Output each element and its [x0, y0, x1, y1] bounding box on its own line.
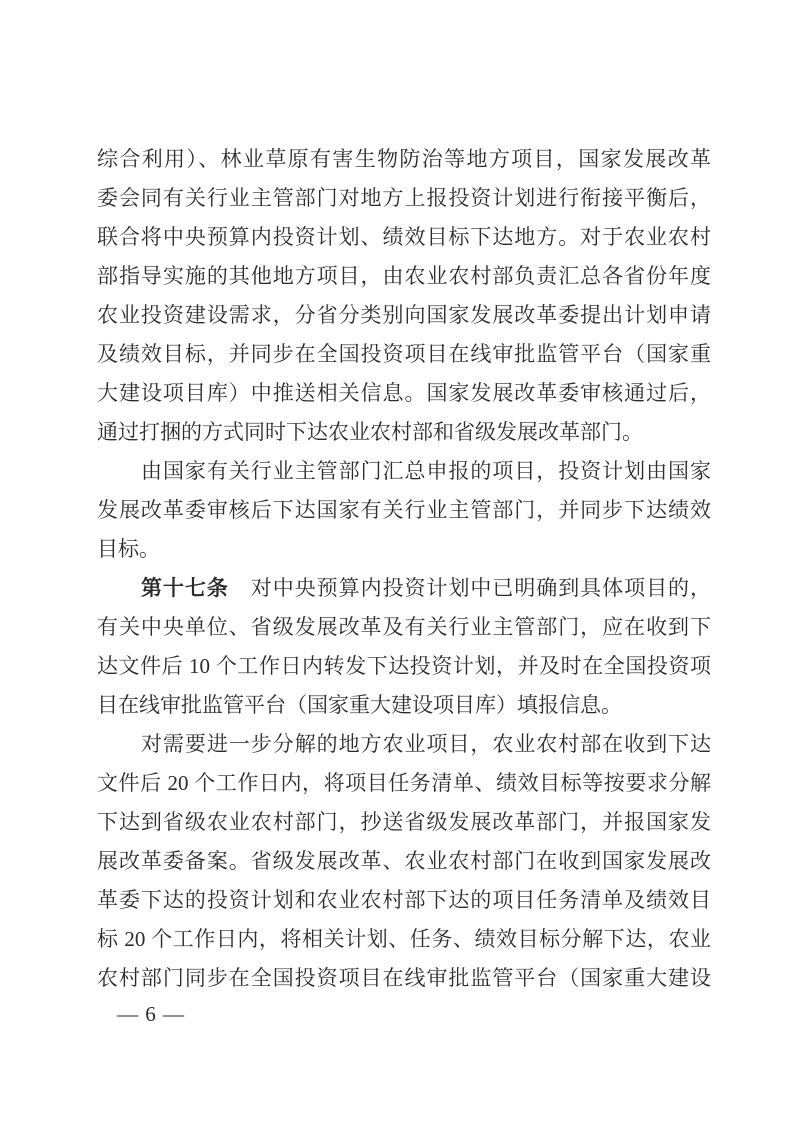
text-run: 由国家有关行业主管部门汇总申报的项目，投资计划由国家: [141, 459, 711, 483]
text-line: 展改革委备案。省级发展改革、农业农村部门在收到国家发展改: [97, 842, 711, 881]
text-run: 对中央预算内投资计划中已明确到具体项目的，: [229, 576, 711, 600]
text-line: 大建设项目库）中推送相关信息。国家发展改革委审核通过后，: [97, 374, 711, 413]
text-run: 农业投资建设需求，分省分类别向国家发展改革委提出计划申请: [97, 303, 711, 327]
text-run: 大建设项目库）中推送相关信息。国家发展改革委审核通过后，: [97, 381, 711, 405]
text-run: 目在线审批监管平台（国家重大建设项目库）填报信息。: [97, 693, 622, 717]
text-run: 下达到省级农业农村部门，抄送省级发展改革部门，并报国家发: [97, 810, 711, 834]
text-line: 文件后 20 个工作日内，将项目任务清单、绩效目标等按要求分解: [97, 764, 711, 803]
text-run: 标 20 个工作日内，将相关计划、任务、绩效目标分解下达，农业: [97, 927, 711, 951]
text-line: 联合将中央预算内投资计划、绩效目标下达地方。对于农业农村: [97, 218, 711, 257]
text-run: 发展改革委审核后下达国家有关行业主管部门，并同步下达绩效: [97, 498, 711, 522]
text-run: 部指导实施的其他地方项目，由农业农村部负责汇总各省份年度: [97, 264, 711, 288]
text-line: 第十七条 对中央预算内投资计划中已明确到具体项目的，: [97, 569, 711, 608]
text-block: 综合利用）、林业草原有害生物防治等地方项目，国家发展改革委会同有关行业主管部门对…: [97, 140, 711, 998]
text-line: 发展改革委审核后下达国家有关行业主管部门，并同步下达绩效: [97, 491, 711, 530]
text-run: 综合利用）、林业草原有害生物防治等地方项目，国家发展改革: [97, 147, 711, 171]
text-line: 及绩效目标，并同步在全国投资项目在线审批监管平台（国家重: [97, 335, 711, 374]
text-run: 联合将中央预算内投资计划、绩效目标下达地方。对于农业农村: [97, 225, 711, 249]
page-number: — 6 —: [117, 995, 185, 1034]
text-line: 委会同有关行业主管部门对地方上报投资计划进行衔接平衡后，: [97, 179, 711, 218]
text-run: 有关中央单位、省级发展改革及有关行业主管部门，应在收到下: [97, 615, 711, 639]
text-line: 革委下达的投资计划和农业农村部下达的项目任务清单及绩效目: [97, 881, 711, 920]
text-line: 下达到省级农业农村部门，抄送省级发展改革部门，并报国家发: [97, 803, 711, 842]
text-line: 由国家有关行业主管部门汇总申报的项目，投资计划由国家: [97, 452, 711, 491]
text-run: 对需要进一步分解的地方农业项目，农业农村部在收到下达: [141, 732, 711, 756]
document-page: 综合利用）、林业草原有害生物防治等地方项目，国家发展改革委会同有关行业主管部门对…: [0, 0, 794, 1123]
text-run: 目标。: [97, 537, 160, 561]
text-line: 部指导实施的其他地方项目，由农业农村部负责汇总各省份年度: [97, 257, 711, 296]
text-run: 革委下达的投资计划和农业农村部下达的项目任务清单及绩效目: [97, 888, 711, 912]
text-run: 达文件后 10 个工作日内转发下达投资计划，并及时在全国投资项: [97, 654, 711, 678]
text-line: 综合利用）、林业草原有害生物防治等地方项目，国家发展改革: [97, 140, 711, 179]
text-line: 对需要进一步分解的地方农业项目，农业农村部在收到下达: [97, 725, 711, 764]
text-run: 及绩效目标，并同步在全国投资项目在线审批监管平台（国家重: [97, 342, 711, 366]
text-line: 标 20 个工作日内，将相关计划、任务、绩效目标分解下达，农业: [97, 920, 711, 959]
text-line: 达文件后 10 个工作日内转发下达投资计划，并及时在全国投资项: [97, 647, 711, 686]
text-line: 目在线审批监管平台（国家重大建设项目库）填报信息。: [97, 686, 711, 725]
text-run: 委会同有关行业主管部门对地方上报投资计划进行衔接平衡后，: [97, 186, 711, 210]
text-line: 通过打捆的方式同时下达农业农村部和省级发展改革部门。: [97, 413, 711, 452]
text-run: 文件后 20 个工作日内，将项目任务清单、绩效目标等按要求分解: [97, 771, 711, 795]
article-number: 第十七条: [141, 576, 229, 600]
text-run: 展改革委备案。省级发展改革、农业农村部门在收到国家发展改: [97, 849, 711, 873]
text-line: 目标。: [97, 530, 711, 569]
text-line: 农村部门同步在全国投资项目在线审批监管平台（国家重大建设: [97, 959, 711, 998]
text-line: 农业投资建设需求，分省分类别向国家发展改革委提出计划申请: [97, 296, 711, 335]
text-run: 农村部门同步在全国投资项目在线审批监管平台（国家重大建设: [97, 966, 711, 990]
text-line: 有关中央单位、省级发展改革及有关行业主管部门，应在收到下: [97, 608, 711, 647]
text-run: 通过打捆的方式同时下达农业农村部和省级发展改革部门。: [97, 420, 643, 444]
